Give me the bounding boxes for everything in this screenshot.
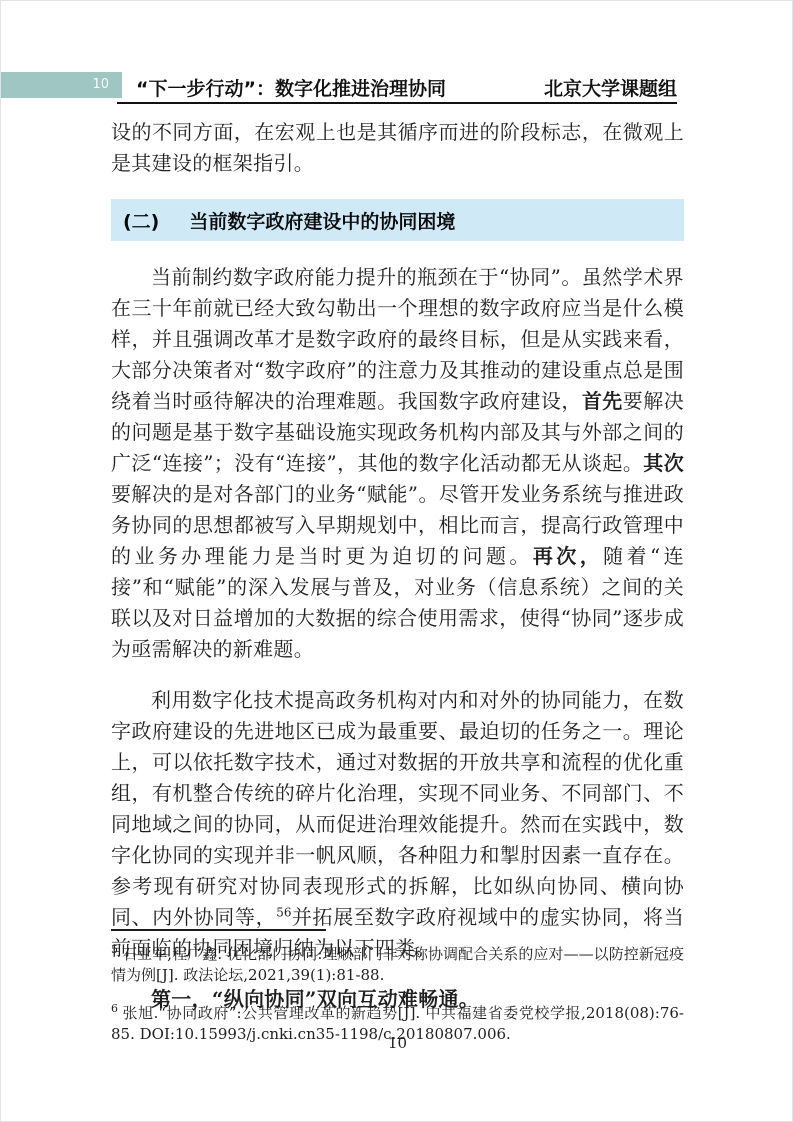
footnote-separator-rule	[111, 929, 326, 931]
text-segment-bold-second: 其次	[643, 451, 684, 475]
footnote-6-marker: 6	[111, 1002, 118, 1015]
header-affiliation: 北京大学课题组	[544, 74, 677, 101]
text-segment-bold-third: 再次，	[533, 544, 603, 568]
footnote-5: 5石亚军,程广鑫. 优化部门协同:理顺部门非对称协调配合关系的应对——以防控新冠…	[111, 939, 684, 986]
text-segment: 利用数字化技术提高政务机构对内和对外的协同能力，在数字政府建设的先进地区已成为最…	[111, 688, 684, 929]
footnotes-section: 5石亚军,程广鑫. 优化部门协同:理顺部门非对称协调配合关系的应对——以防控新冠…	[111, 929, 684, 1045]
section-title: 当前数字政府建设中的协同困境	[189, 207, 455, 234]
document-page: 10 “下一步行动”：数字化推进治理协同 北京大学课题组 设的不同方面，在宏观上…	[0, 0, 793, 1122]
section-number: (二)	[123, 207, 159, 234]
continued-paragraph: 设的不同方面，在宏观上也是其循序而进的阶段标志，在微观上是其建设的框架指引。	[111, 117, 684, 179]
header-rule	[117, 102, 677, 104]
footnote-5-marker: 5	[111, 943, 118, 956]
header-page-number-badge: 10	[1, 72, 122, 98]
paragraph-digital-collaboration-dilemma: 利用数字化技术提高政务机构对内和对外的协同能力，在数字政府建设的先进地区已成为最…	[111, 685, 684, 964]
page-content: 设的不同方面，在宏观上也是其循序而进的阶段标志，在微观上是其建设的框架指引。 (…	[111, 117, 684, 1015]
footnote-reference-56: 56	[276, 905, 291, 919]
section-heading: (二) 当前数字政府建设中的协同困境	[111, 199, 684, 241]
header-title: “下一步行动”：数字化推进治理协同	[136, 74, 446, 101]
paragraph-collaboration-bottleneck: 当前制约数字政府能力提升的瓶颈在于“协同”。虽然学术界在三十年前就已经大致勾勒出…	[111, 262, 684, 665]
footnote-5-text: 石亚军,程广鑫. 优化部门协同:理顺部门非对称协调配合关系的应对——以防控新冠疫…	[111, 945, 684, 984]
text-segment-bold-first: 首先	[582, 389, 623, 413]
page-header: “下一步行动”：数字化推进治理协同 北京大学课题组	[136, 74, 677, 101]
footer-page-number: 10	[1, 1034, 793, 1052]
